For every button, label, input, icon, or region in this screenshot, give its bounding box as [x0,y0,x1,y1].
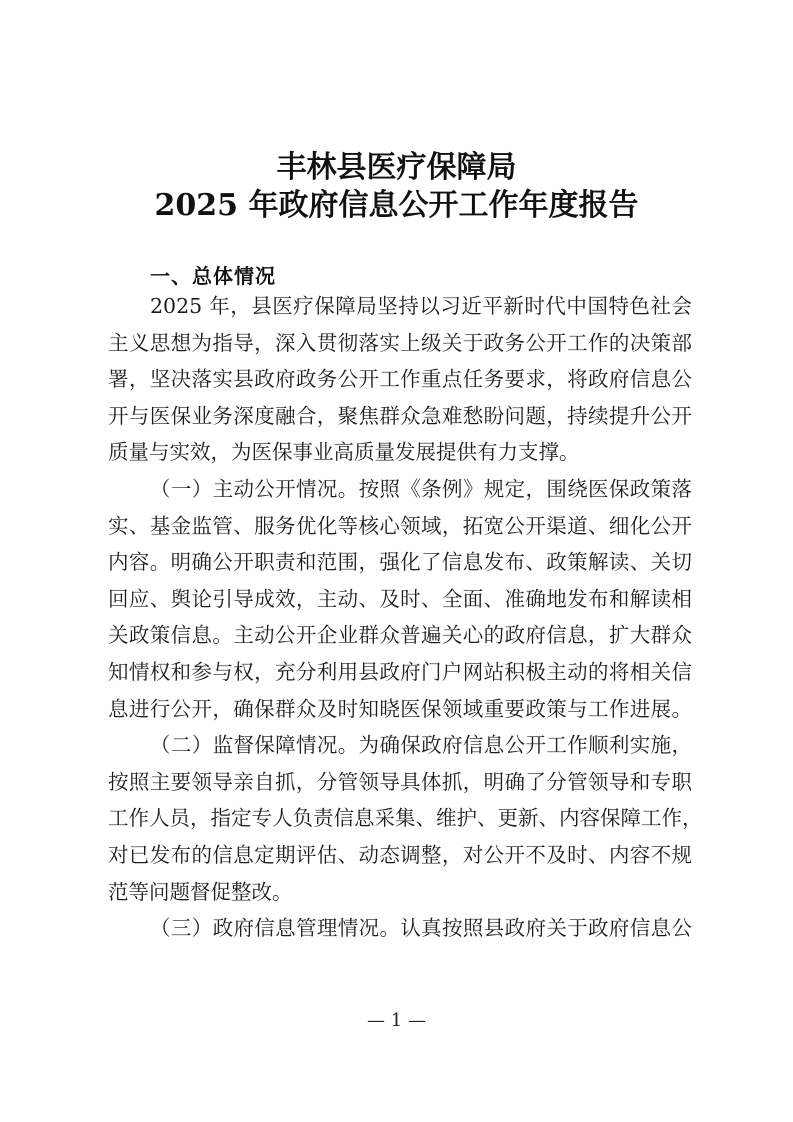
body-line: 回应、舆论引导成效，主动、及时、全面、准确地发布和解读相 [108,585,692,613]
section-heading: 一、总体情况 [150,260,276,289]
body-line: 关政策信息。主动公开企业群众普遍关心的政府信息，扩大群众 [108,621,692,649]
body-line: 按照主要领导亲自抓，分管领导具体抓，明确了分管领导和专职 [108,768,692,796]
body-line: 内容。明确公开职责和范围，强化了信息发布、政策解读、关切 [108,548,692,576]
page-number: — 1 — [0,1010,793,1031]
body-line: 开与医保业务深度融合，聚焦群众急难愁盼问题，持续提升公开 [108,402,692,430]
body-line: 工作人员，指定专人负责信息采集、维护、更新、内容保障工作， [108,804,692,832]
body-line: 息进行公开，确保群众及时知晓医保领域重要政策与工作进展。 [108,695,692,723]
body-line: 范等问题督促整改。 [108,878,692,906]
body-line: 对已发布的信息定期评估、动态调整，对公开不及时、内容不规 [108,841,692,869]
document-title-report: 2025 年政府信息公开工作年度报告 [0,180,793,224]
document-page: 丰林县医疗保障局 2025 年政府信息公开工作年度报告 一、总体情况 2025 … [0,0,793,1122]
body-line: （三）政府信息管理情况。认真按照县政府关于政府信息公 [150,914,692,942]
body-line: 2025 年，县医疗保障局坚持以习近平新时代中国特色社会 [150,292,692,320]
body-line: 主义思想为指导，深入贯彻落实上级关于政务公开工作的决策部 [108,329,692,357]
body-line: 署，坚决落实县政府政务公开工作重点任务要求，将政府信息公 [108,365,692,393]
body-line: 质量与实效，为医保事业高质量发展提供有力支撑。 [108,438,692,466]
body-line: 实、基金监管、服务优化等核心领域，拓宽公开渠道、细化公开 [108,512,692,540]
body-line: 知情权和参与权，充分利用县政府门户网站积极主动的将相关信 [108,658,692,686]
body-line: （一）主动公开情况。按照《条例》规定，围绕医保政策落 [150,475,692,503]
body-line: （二）监督保障情况。为确保政府信息公开工作顺利实施， [150,731,692,759]
